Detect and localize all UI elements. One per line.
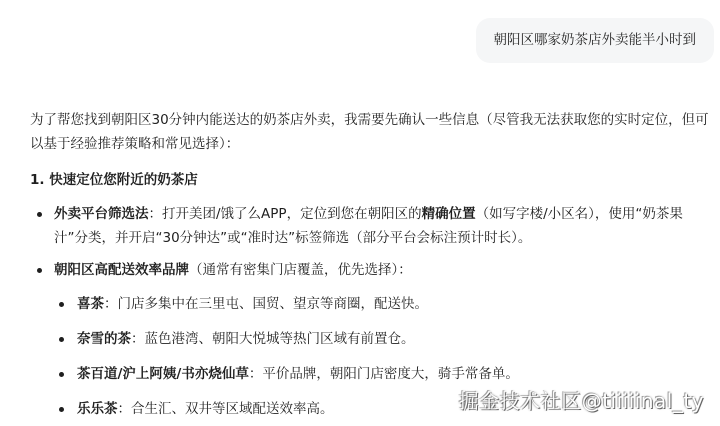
brand-name: 喜茶	[77, 296, 104, 312]
brand-item-budget-brands: 茶百道/沪上阿姨/书亦烧仙草：平价品牌，朝阳门店密度大，骑手常备单。	[54, 362, 710, 386]
brand-name: 奈雪的茶	[77, 331, 131, 347]
brand-name: 茶百道/沪上阿姨/书亦烧仙草	[77, 366, 249, 382]
brand-desc: 蓝色港湾、朝阳大悦城等热门区域有前置仓。	[145, 331, 415, 347]
item-text: 打开美团/饿了么APP，定位到您在朝阳区的	[162, 206, 422, 222]
watermark: 掘金技术社区@tiiiiinal_ty	[459, 385, 704, 414]
brand-item-heytea: 喜茶：门店多集中在三里屯、国贸、望京等商圈，配送快。	[54, 292, 710, 316]
item-emphasis: 精确位置	[422, 206, 476, 222]
user-message-row: 朝阳区哪家奶茶店外卖能半小时到	[476, 18, 715, 63]
item-label: 外卖平台筛选法	[54, 206, 149, 222]
brand-item-nayuki: 奈雪的茶：蓝色港湾、朝阳大悦城等热门区域有前置仓。	[54, 327, 710, 351]
section-heading: 1. 快速定位您附近的奶茶店	[30, 168, 710, 192]
brand-desc: 合生汇、双井等区域配送效率高。	[131, 401, 334, 417]
brand-desc: 门店多集中在三里屯、国贸、望京等商圈，配送快。	[118, 296, 429, 312]
user-message-bubble: 朝阳区哪家奶茶店外卖能半小时到	[476, 18, 715, 63]
assistant-response: 为了帮您找到朝阳区30分钟内能送达的奶茶店外卖，我需要先确认一些信息（尽管我无法…	[30, 108, 710, 426]
item-text: （通常有密集门店覆盖，优先选择）：	[189, 262, 412, 278]
brand-desc: 平价品牌，朝阳门店密度大，骑手常备单。	[262, 366, 519, 382]
response-intro: 为了帮您找到朝阳区30分钟内能送达的奶茶店外卖，我需要先确认一些信息（尽管我无法…	[30, 108, 710, 156]
list-item-platform-filter: 外卖平台筛选法：打开美团/饿了么APP，定位到您在朝阳区的精确位置（如写字楼/小…	[30, 202, 710, 250]
item-label: 朝阳区高配送效率品牌	[54, 262, 189, 278]
brand-name: 乐乐茶	[77, 401, 118, 417]
